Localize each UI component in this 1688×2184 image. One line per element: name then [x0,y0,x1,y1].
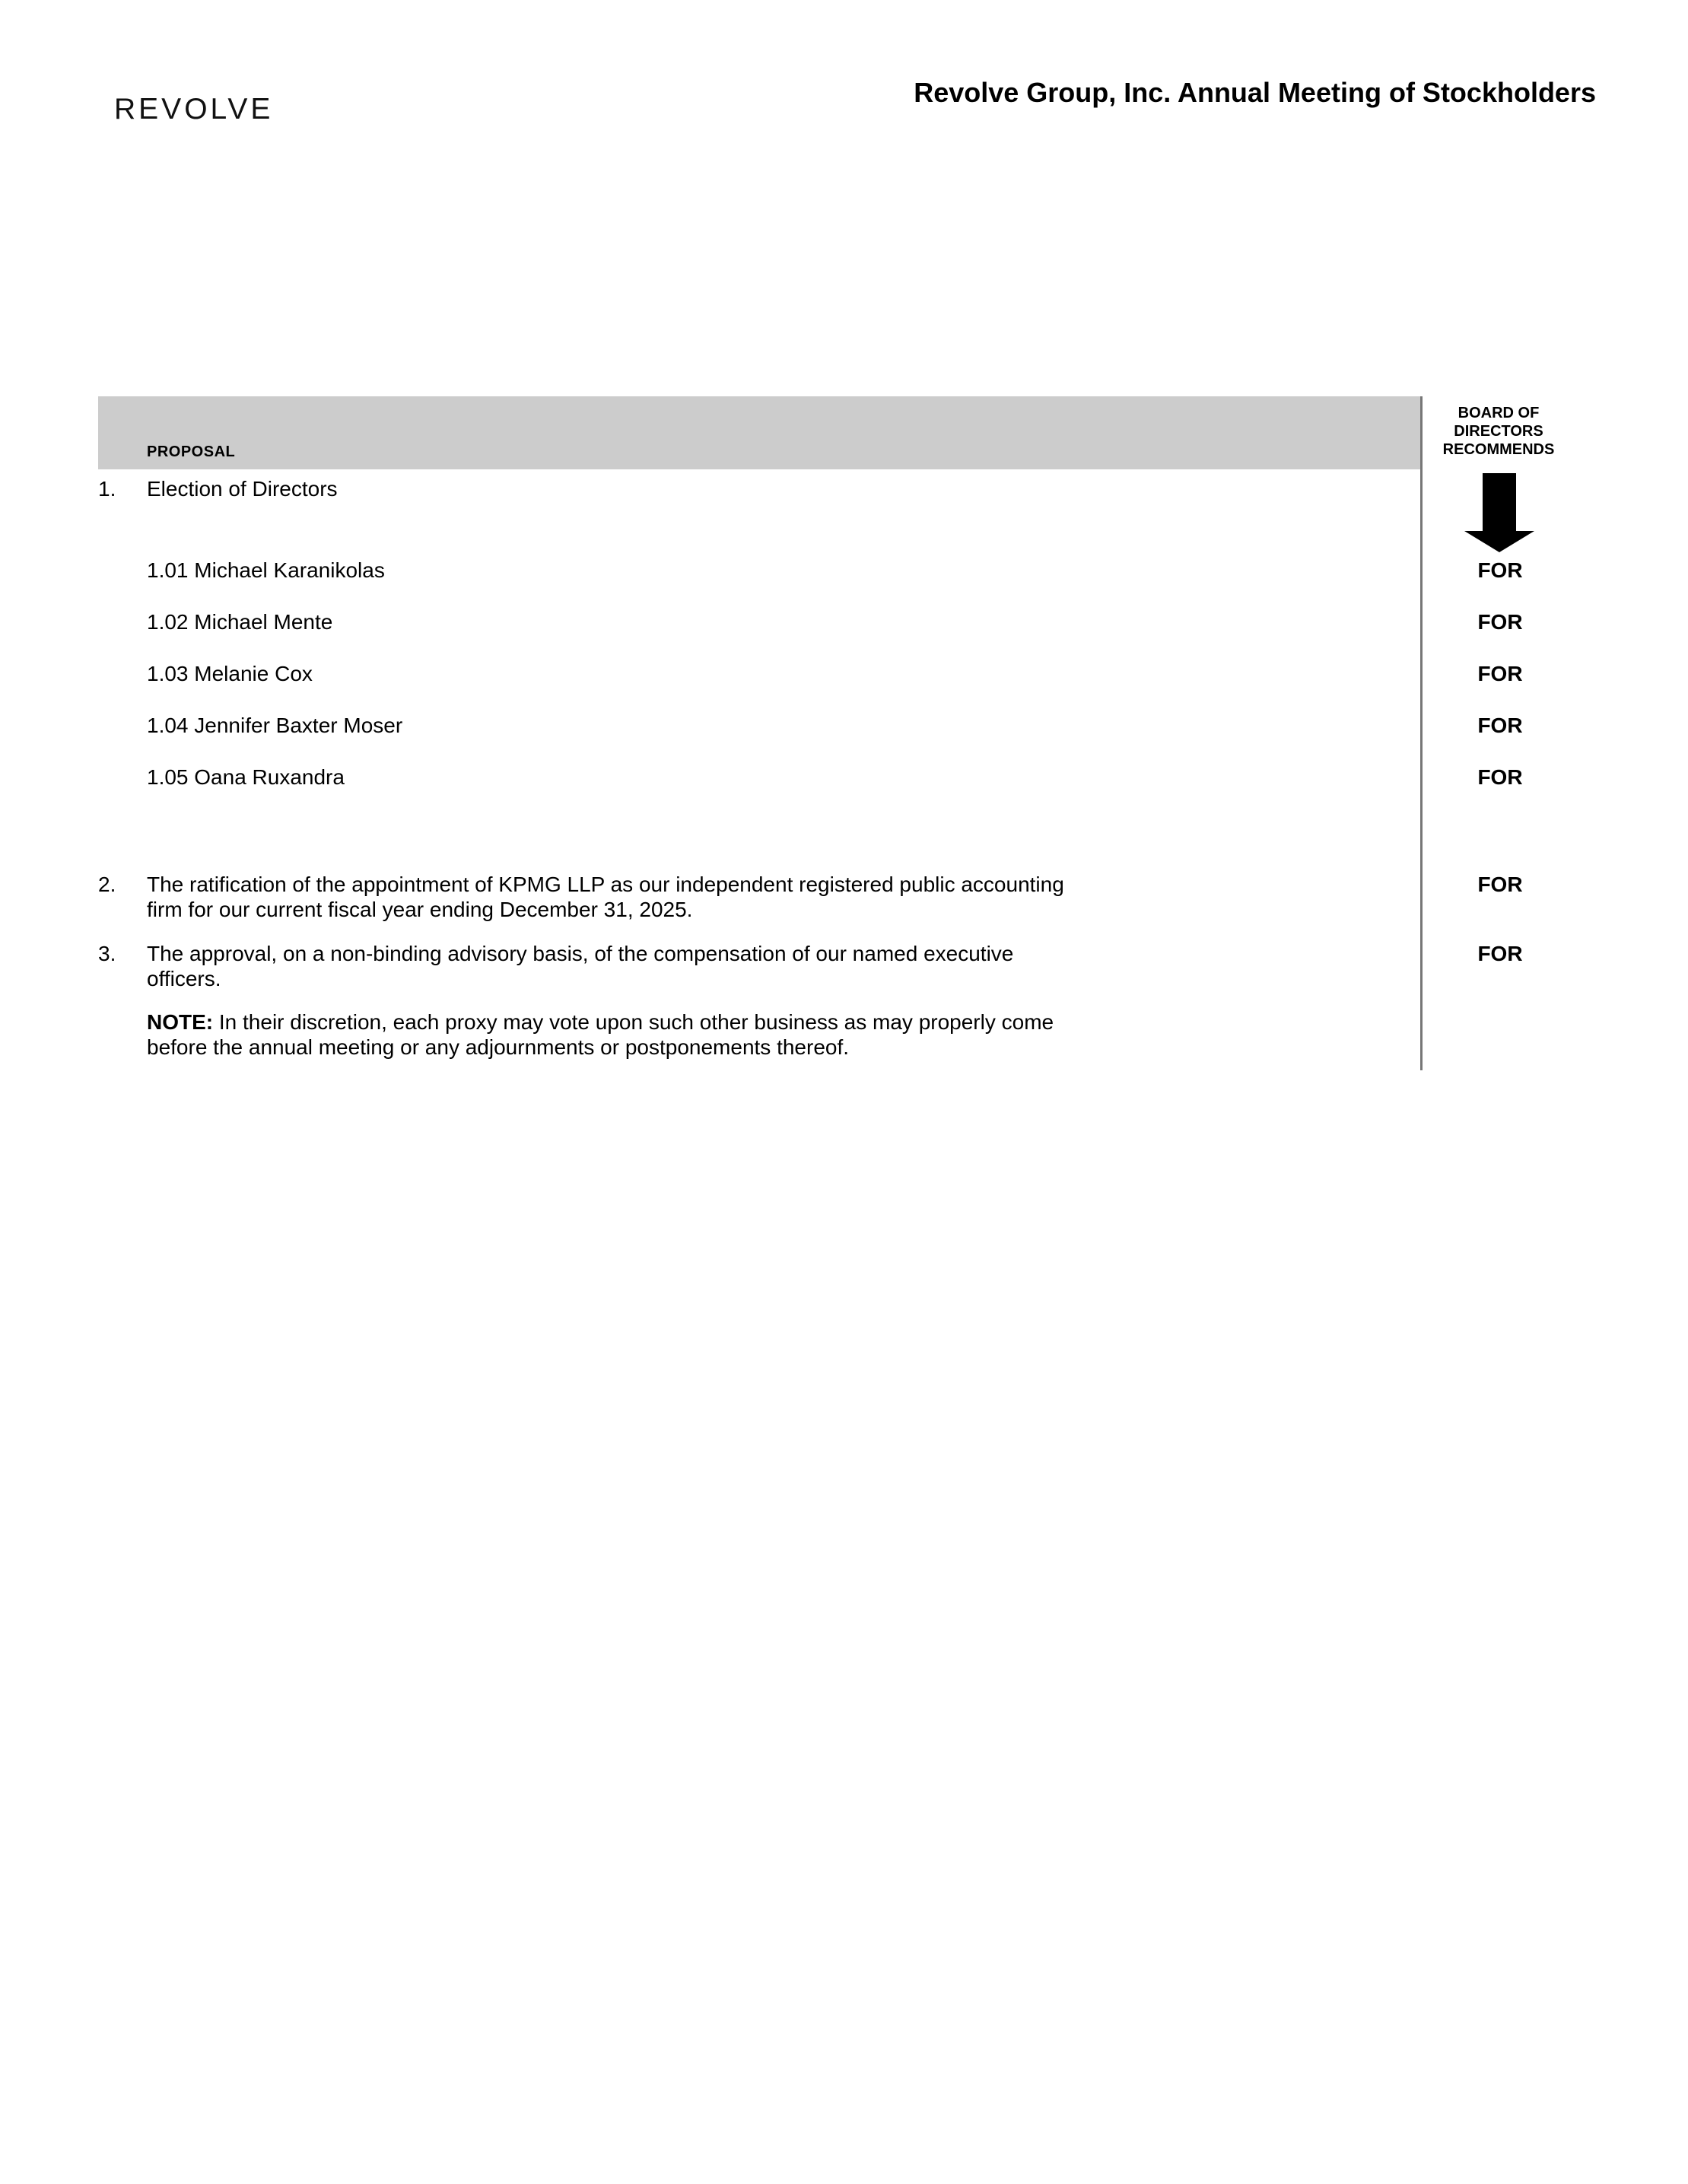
recommendation-value: FOR [1468,661,1532,686]
recommendation-value: FOR [1468,765,1532,790]
recommendation-value: FOR [1468,609,1532,634]
nominee-label: 1.02 Michael Mente [147,609,332,634]
column-divider [1420,396,1423,1070]
proposal-text-line: firm for our current fiscal year ending … [147,897,692,922]
proposal-text-line: officers. [147,966,221,991]
company-logo: REVOLVE [114,93,273,126]
down-arrow-icon [1464,473,1534,552]
table-header-band [98,396,1420,469]
note-label: NOTE: [147,1010,213,1034]
recommendation-value: FOR [1468,558,1532,583]
proposal-number: 2. [98,872,116,897]
nominee-label: 1.03 Melanie Cox [147,661,313,686]
nominee-label: 1.01 Michael Karanikolas [147,558,385,583]
proposal-title: Election of Directors [147,476,338,501]
nominee-label: 1.05 Oana Ruxandra [147,765,345,790]
note-text: In their discretion, each proxy may vote… [213,1010,1054,1034]
recommendation-value: FOR [1468,713,1532,738]
proposal-text-line: The ratification of the appointment of K… [147,872,1064,897]
document-title: Revolve Group, Inc. Annual Meeting of St… [914,77,1596,109]
proposal-text-line: The approval, on a non-binding advisory … [147,941,1013,966]
proposal-number: 3. [98,941,116,966]
proposal-number: 1. [98,476,116,501]
header-line: BOARD OF [1430,404,1567,422]
header-line: DIRECTORS [1430,422,1567,440]
note-line: NOTE: In their discretion, each proxy ma… [147,1009,1054,1035]
note-line: before the annual meeting or any adjourn… [147,1035,849,1060]
recommendation-value: FOR [1468,872,1532,897]
nominee-label: 1.04 Jennifer Baxter Moser [147,713,402,738]
proposal-column-header: PROPOSAL [147,443,235,461]
header-line: RECOMMENDS [1430,440,1567,459]
recommendation-value: FOR [1468,941,1532,966]
recommendation-column-header: BOARD OF DIRECTORS RECOMMENDS [1430,404,1567,459]
